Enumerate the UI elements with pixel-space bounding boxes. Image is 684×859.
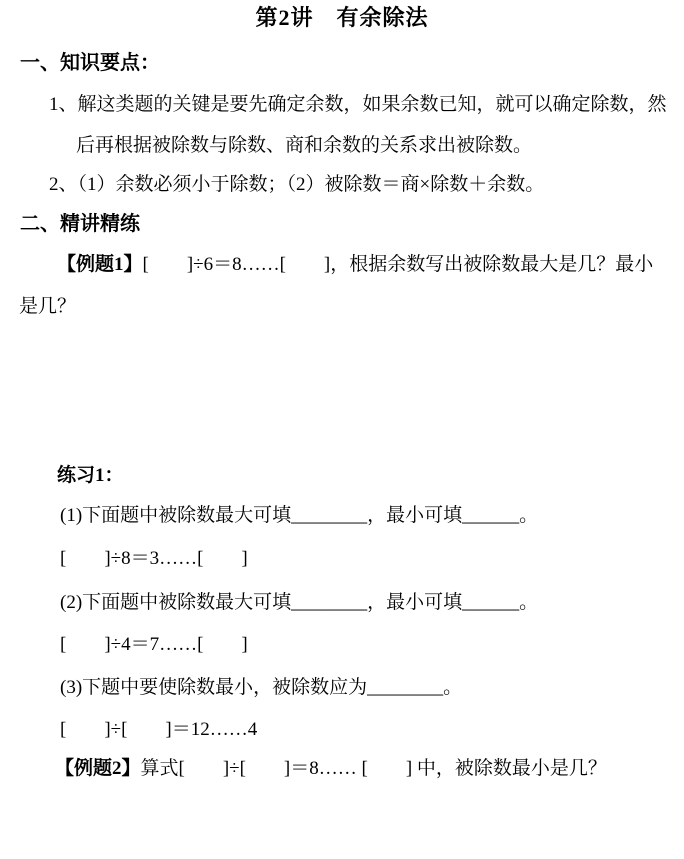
section2-heading: 二、精讲精练 (20, 212, 140, 236)
practice1-heading: 练习1： (57, 464, 124, 488)
practice1-question1-expression: [ ]÷8＝3……[ ] (60, 547, 248, 571)
document-title: 第2讲 有余除法 (0, 6, 684, 30)
example2-body: 算式[ ]÷[ ]＝8…… [ ] 中，被除数最小是几？ (141, 758, 607, 779)
knowledge-point1-line1: 1、解这类题的关键是要先确定余数，如果余数已知，就可以确定除数，然 (49, 93, 667, 117)
practice1-question2-expression: [ ]÷4＝7……[ ] (60, 633, 248, 657)
practice1-question2: (2)下面题中被除数最大可填________，最小可填______。 (60, 591, 538, 615)
example2-line: 【例题2】算式[ ]÷[ ]＝8…… [ ] 中，被除数最小是几？ (55, 757, 607, 781)
knowledge-point2: 2、（1）余数必须小于除数；（2）被除数＝商×除数＋余数。 (49, 173, 544, 197)
example1-line1: 【例题1】[ ]÷6＝8……[ ]，根据余数写出被除数最大是几？最小 (57, 253, 653, 277)
practice1-question3-expression: [ ]÷[ ]＝12……4 (60, 718, 257, 742)
example1-body-line1: [ ]÷6＝8……[ ]，根据余数写出被除数最大是几？最小 (143, 254, 654, 275)
worksheet-page: 第2讲 有余除法 一、知识要点： 1、解这类题的关键是要先确定余数，如果余数已知… (0, 0, 684, 859)
practice1-question1: (1)下面题中被除数最大可填________，最小可填______。 (60, 504, 538, 528)
section1-heading: 一、知识要点： (20, 51, 160, 75)
example2-label: 【例题2】 (55, 758, 141, 779)
knowledge-point1-line2: 后再根据被除数与除数、商和余数的关系求出被除数。 (76, 134, 532, 158)
example1-label: 【例题1】 (57, 254, 143, 275)
practice1-question3: (3)下题中要使除数最小，被除数应为________。 (60, 676, 462, 700)
example1-body-line2: 是几？ (19, 295, 76, 319)
